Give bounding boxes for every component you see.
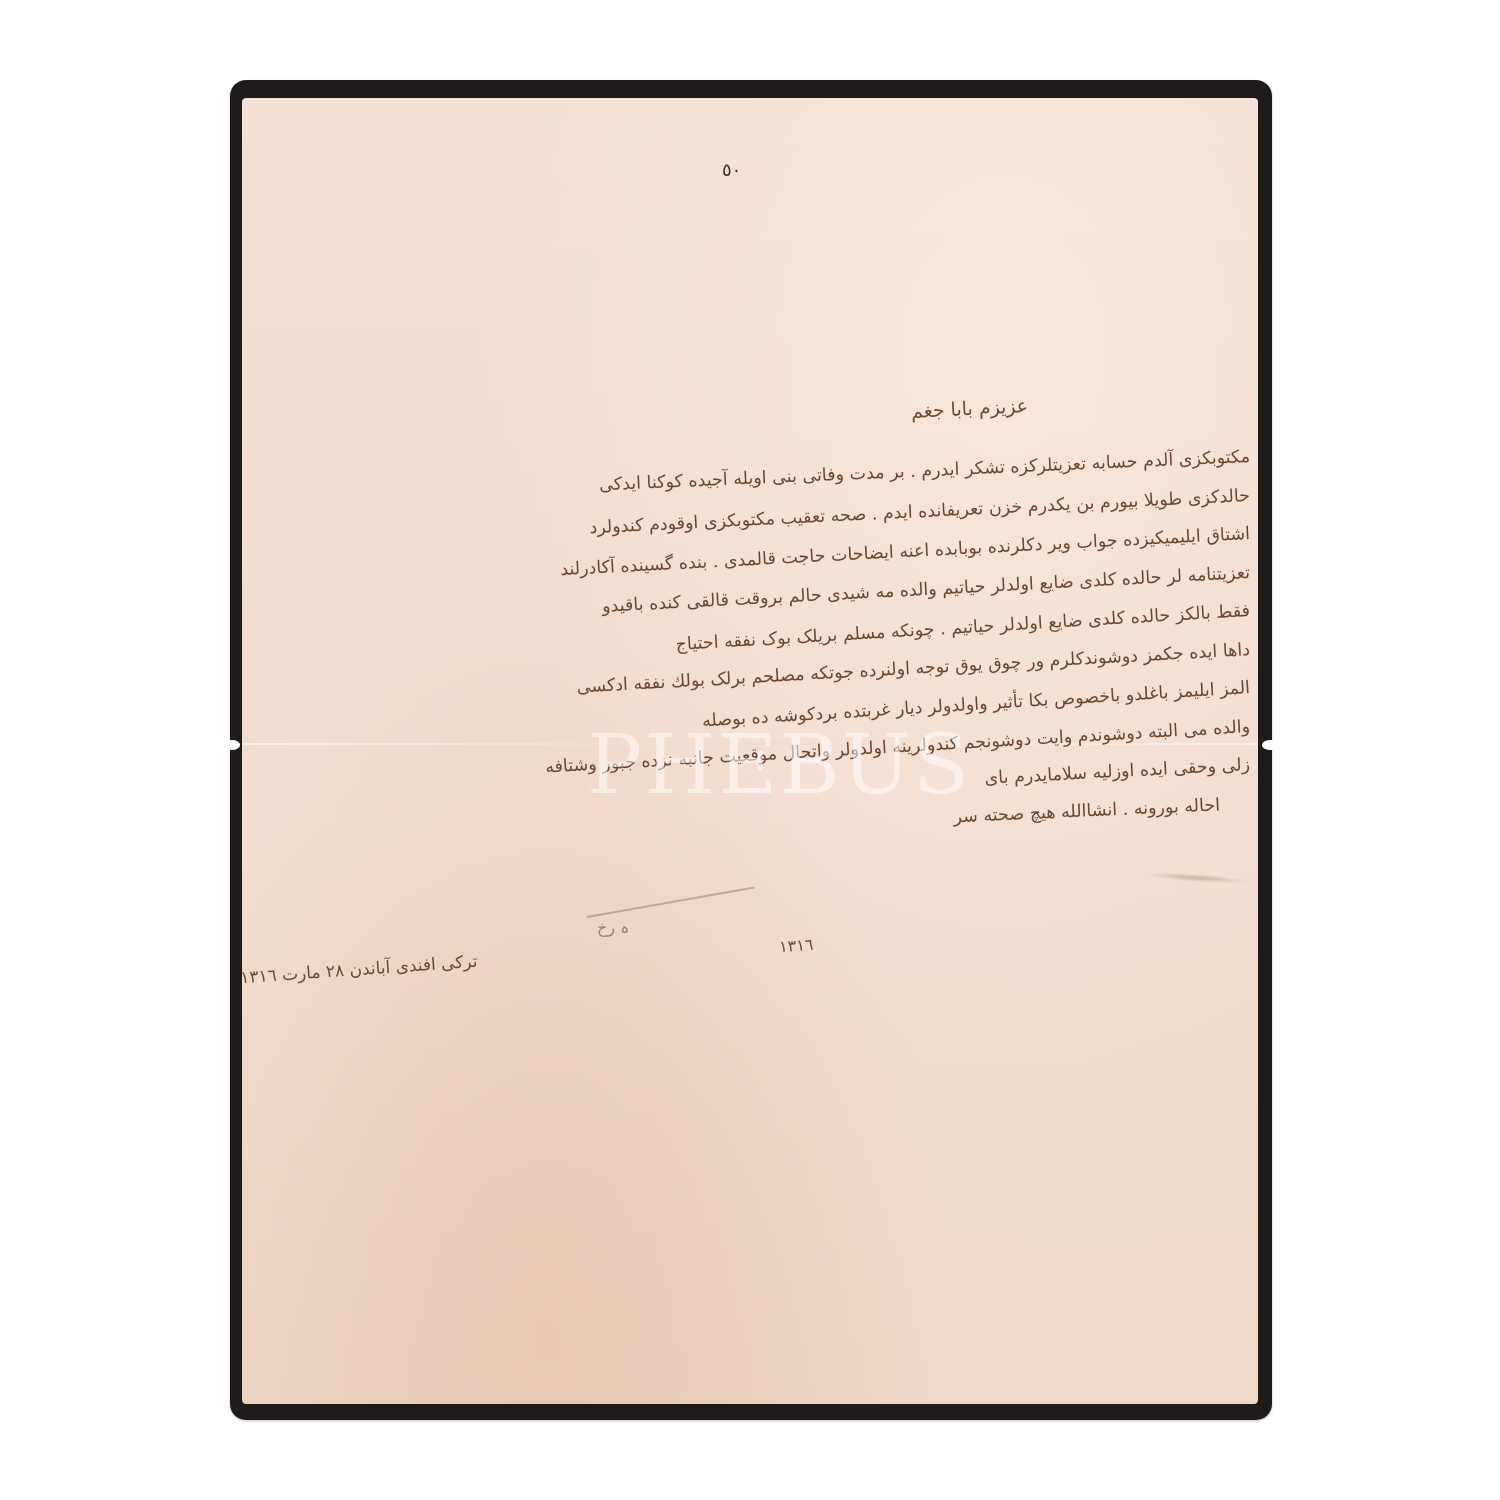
place-date-line: ترکی افندی آباندن ٢٨ مارت ١٣١٦ — [242, 952, 478, 989]
date-year: ١٣١٦ — [778, 935, 814, 956]
letter-body: مکتوبکزی آلدم حسابه تعزیتلرکزه تشکر ایدر… — [242, 438, 1250, 823]
salutation: عزیزم بابا جغم — [910, 395, 1028, 423]
page-number: ٥٠ — [722, 160, 741, 181]
signature: ہ رخ — [597, 918, 630, 937]
fold-notch-right — [1262, 740, 1278, 750]
signature-flourish — [587, 886, 755, 917]
paper-surface: ٥٠ عزیزم بابا جغم مکتوبکزی آلدم حسابه تع… — [242, 98, 1258, 1404]
ink-smudge — [1142, 870, 1252, 886]
letter-sheet: ٥٠ عزیزم بابا جغم مکتوبکزی آلدم حسابه تع… — [230, 80, 1272, 1420]
fold-notch-left — [224, 740, 240, 750]
